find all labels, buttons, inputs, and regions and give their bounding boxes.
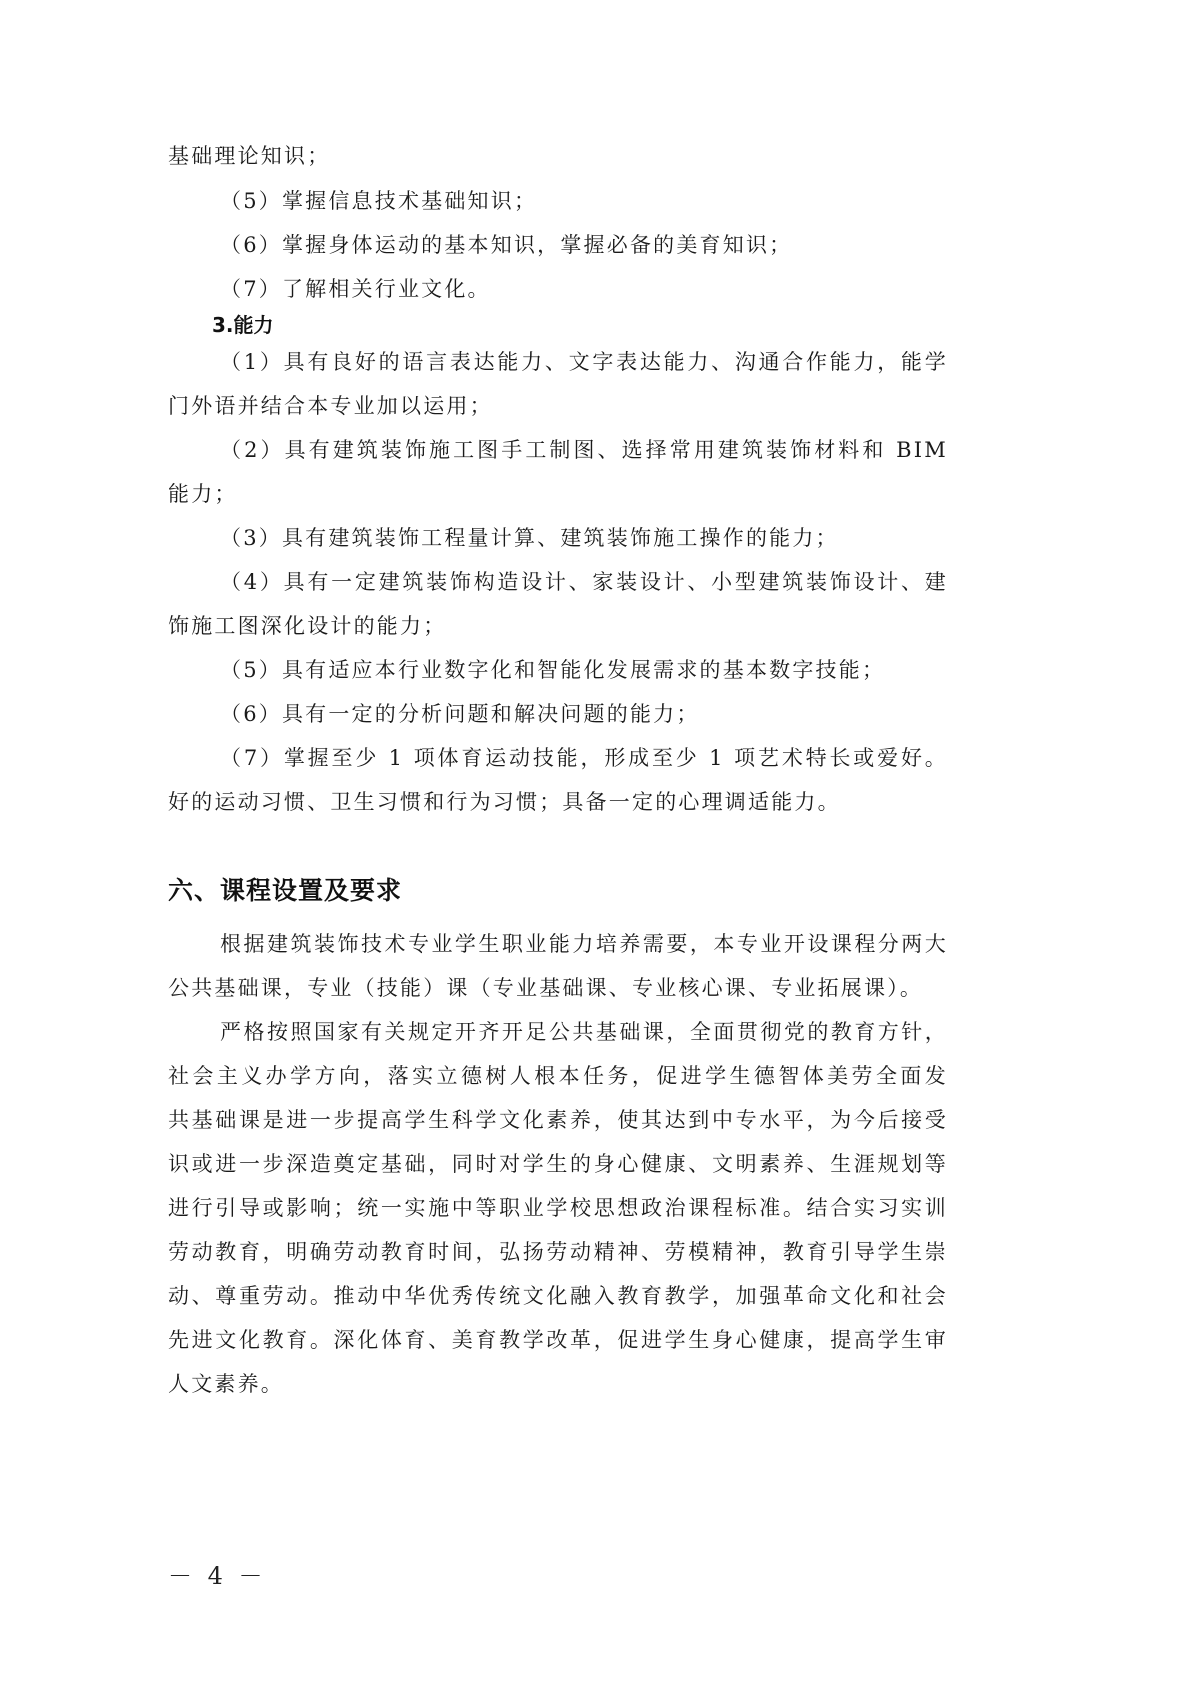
ability-item-3: （3）具有建筑装饰工程量计算、建筑装饰施工操作的能力； <box>220 524 948 552</box>
section6-para1-line-1: 根据建筑装饰技术专业学生职业能力培养需要，本专业开设课程分两大类： <box>220 930 948 958</box>
document-page: 基础理论知识； （5）掌握信息技术基础知识； （6）掌握身体运动的基本知识，掌握… <box>0 0 1191 1684</box>
section6-para2-line-4: 识或进一步深造奠定基础，同时对学生的身心健康、文明素养、生涯规划等方面 <box>168 1150 948 1178</box>
knowledge-item-5: （5）掌握信息技术基础知识； <box>220 187 948 215</box>
ability-item-4-line-1: （4）具有一定建筑装饰构造设计、家装设计、小型建筑装饰设计、建筑装 <box>220 568 948 596</box>
ability-item-2-line-1: （2）具有建筑装饰施工图手工制图、选择常用建筑装饰材料和 BIM 建模的 <box>220 436 948 464</box>
section6-para2-line-9: 人文素养。 <box>168 1370 948 1398</box>
ability-item-1-line-2: 门外语并结合本专业加以运用； <box>168 392 948 420</box>
section-heading-course-settings: 六、课程设置及要求 <box>168 874 402 908</box>
section6-para2-line-3: 共基础课是进一步提高学生科学文化素养，使其达到中专水平，为今后接受新知 <box>168 1106 948 1134</box>
ability-item-1-line-1: （1）具有良好的语言表达能力、文字表达能力、沟通合作能力，能学习 1 <box>220 348 948 376</box>
section6-para2-line-8: 先进文化教育。深化体育、美育教学改革，促进学生身心健康，提高学生审美和 <box>168 1326 948 1354</box>
ability-subheading: 3.能力 <box>212 311 274 339</box>
knowledge-item-7: （7）了解相关行业文化。 <box>220 275 948 303</box>
ability-item-5: （5）具有适应本行业数字化和智能化发展需求的基本数字技能； <box>220 656 948 684</box>
ability-item-4-line-2: 饰施工图深化设计的能力； <box>168 612 948 640</box>
knowledge-continuation-text: 基础理论知识； <box>168 142 948 170</box>
section6-para2-line-2: 社会主义办学方向，落实立德树人根本任务，促进学生德智体美劳全面发展。公 <box>168 1062 948 1090</box>
page-number: － 4 － <box>168 1560 267 1592</box>
ability-item-2-line-2: 能力； <box>168 480 948 508</box>
section6-para2-line-5: 进行引导或影响；统一实施中等职业学校思想政治课程标准。结合实习实训强化 <box>168 1194 948 1222</box>
ability-item-6: （6）具有一定的分析问题和解决问题的能力； <box>220 700 948 728</box>
section6-para2-line-6: 劳动教育，明确劳动教育时间，弘扬劳动精神、劳模精神，教育引导学生崇尚劳 <box>168 1238 948 1266</box>
knowledge-item-6: （6）掌握身体运动的基本知识，掌握必备的美育知识； <box>220 231 948 259</box>
section6-para2-line-1: 严格按照国家有关规定开齐开足公共基础课，全面贯彻党的教育方针，坚持 <box>220 1018 948 1046</box>
ability-item-7-line-1: （7）掌握至少 1 项体育运动技能，形成至少 1 项艺术特长或爱好。养成良 <box>220 744 948 772</box>
section6-para2-line-7: 动、尊重劳动。推动中华优秀传统文化融入教育教学，加强革命文化和社会主义 <box>168 1282 948 1310</box>
ability-item-7-line-2: 好的运动习惯、卫生习惯和行为习惯；具备一定的心理调适能力。 <box>168 788 948 816</box>
section6-para1-line-2: 公共基础课，专业（技能）课（专业基础课、专业核心课、专业拓展课）。 <box>168 974 948 1002</box>
